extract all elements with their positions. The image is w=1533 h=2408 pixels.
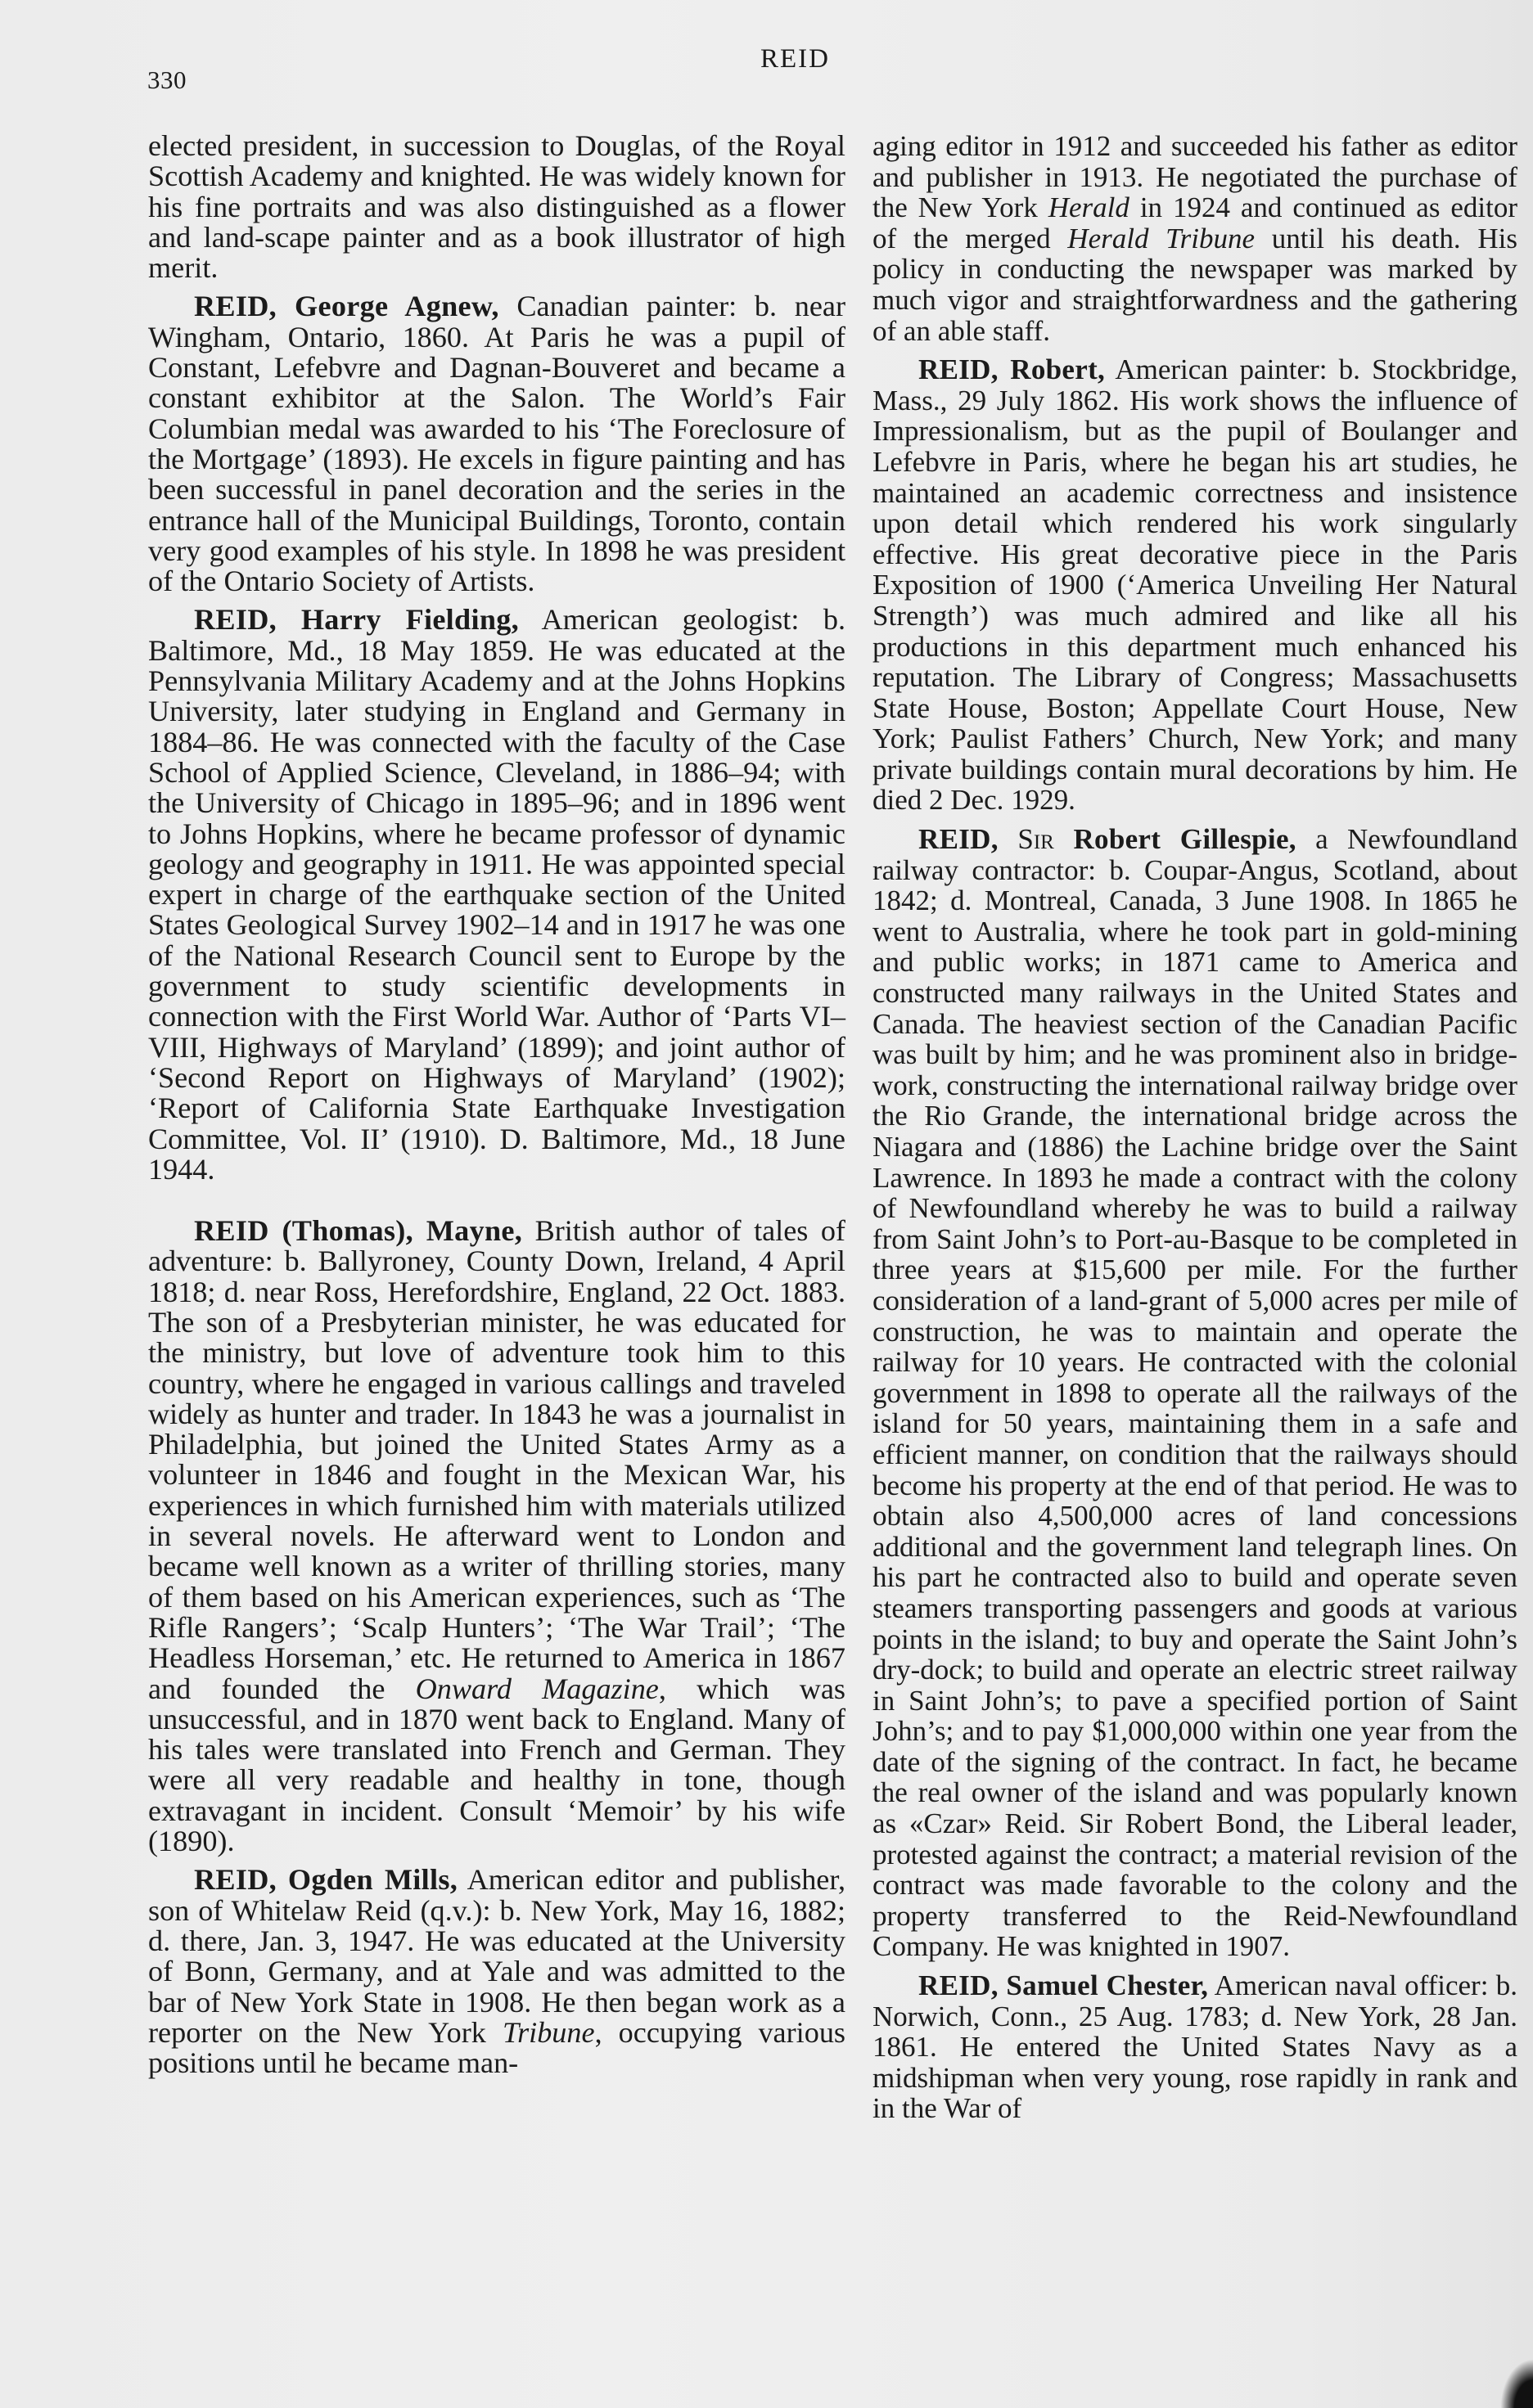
italic-title: Tribune xyxy=(503,2016,595,2049)
entry-headword: REID, Samuel Chester, xyxy=(918,1969,1208,2001)
entry-headword: REID, George Agnew, xyxy=(194,290,499,322)
entry-body: Canadian painter: b. near Wingham, Ontar… xyxy=(148,290,845,597)
entry-body: a Newfoundland railway contractor: b. Co… xyxy=(872,823,1517,1962)
entry-headword: REID, Robert, xyxy=(918,353,1105,385)
entry-headword: REID (Thomas), Mayne, xyxy=(194,1214,522,1247)
entry-headword: REID, Ogden Mills, xyxy=(194,1863,458,1896)
continuation-paragraph: elected president, in succession to Doug… xyxy=(148,131,845,283)
entry-harry-fielding-reid: REID, Harry Fielding, American geologist… xyxy=(148,605,845,1185)
entry-george-agnew-reid: REID, George Agnew, Canadian painter: b.… xyxy=(148,291,845,596)
left-column: elected president, in succession to Doug… xyxy=(148,131,845,2078)
entry-body: American painter: b. Stockbridge, Mass.,… xyxy=(872,353,1517,816)
italic-title: Onward Magazine xyxy=(416,1672,659,1705)
entry-robert-gillespie-reid: REID, Sir Robert Gillespie, a Newfoundla… xyxy=(872,824,1517,1962)
page-curl-shadow xyxy=(1500,2359,1533,2408)
continuation-paragraph: aging editor in 1912 and succeeded his f… xyxy=(872,131,1517,346)
entry-headword-name: Robert Gillespie, xyxy=(1054,823,1296,855)
entry-samuel-chester-reid: REID, Samuel Chester, American naval off… xyxy=(872,1970,1517,2124)
entry-headword-prefix: REID, xyxy=(918,823,1017,855)
italic-title: Herald xyxy=(1048,191,1129,223)
entry-headword: REID, Harry Fielding, xyxy=(194,603,519,636)
scanned-page: 330 REID elected president, in successio… xyxy=(0,0,1533,2408)
running-head: REID xyxy=(0,44,1533,74)
italic-title: Herald Tribune xyxy=(1067,223,1255,254)
entry-body: British author of tales of adventure: b.… xyxy=(148,1214,845,1704)
entry-title-sir: Sir xyxy=(1017,823,1053,855)
entry-body: American geologist: b. Baltimore, Md., 1… xyxy=(148,603,845,1185)
entry-ogden-mills-reid: REID, Ogden Mills, American editor and p… xyxy=(148,1865,845,2078)
entry-thomas-mayne-reid: REID (Thomas), Mayne, British author of … xyxy=(148,1216,845,1857)
right-column: aging editor in 1912 and succeeded his f… xyxy=(872,131,1517,2124)
entry-robert-reid: REID, Robert, American painter: b. Stock… xyxy=(872,354,1517,816)
